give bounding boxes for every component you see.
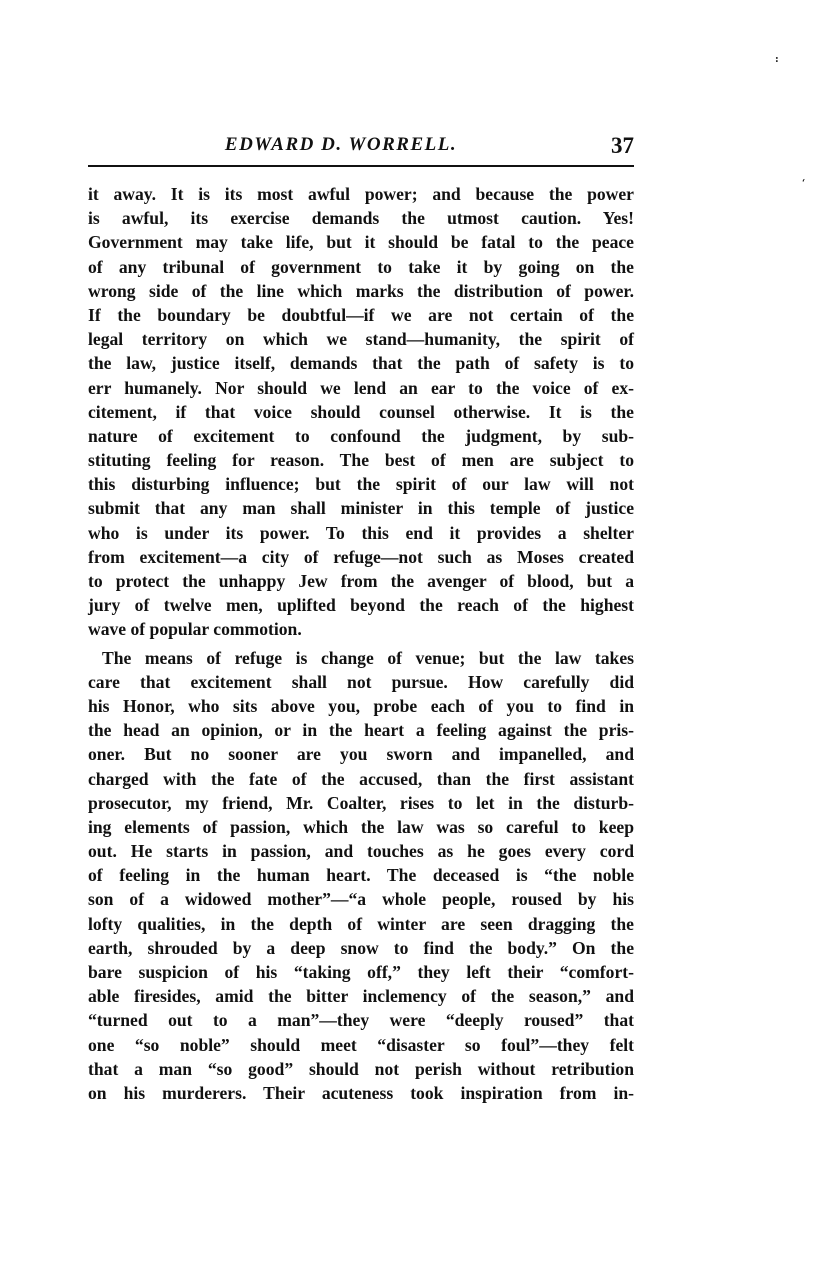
text-line: of any tribunal of government to take it…: [88, 255, 634, 279]
text-line: Government may take life, but it should …: [88, 230, 634, 254]
text-line: to protect the unhappy Jew from the aven…: [88, 569, 634, 593]
text-line: If the boundary be doubtful—if we are no…: [88, 303, 634, 327]
text-line: the law, justice itself, demands that th…: [88, 351, 634, 375]
text-line: it away. It is its most awful power; and…: [88, 182, 634, 206]
text-line: charged with the fate of the accused, th…: [88, 767, 634, 791]
text-line: from excitement—a city of refuge—not suc…: [88, 545, 634, 569]
stray-mark-top-right: :: [775, 54, 779, 65]
text-line: is awful, its exercise demands the utmos…: [88, 206, 634, 230]
text-line: legal territory on which we stand—humani…: [88, 327, 634, 351]
page-number: 37: [611, 133, 634, 159]
text-line: The means of refuge is change of venue; …: [88, 646, 634, 670]
text-line: wave of popular commotion.: [88, 617, 634, 641]
running-title: EDWARD D. WORRELL.: [88, 134, 634, 156]
text-line: out. He starts in passion, and touches a…: [88, 839, 634, 863]
stray-mark-margin: ʻ: [802, 179, 805, 189]
book-page: : ʻ EDWARD D. WORRELL. 37 it away. It is…: [0, 0, 836, 1284]
text-line: on his murderers. Their acuteness took i…: [88, 1081, 634, 1105]
text-line: who is under its power. To this end it p…: [88, 521, 634, 545]
text-line: “turned out to a man”—they were “deeply …: [88, 1008, 634, 1032]
text-line: nature of excitement to confound the jud…: [88, 424, 634, 448]
text-line: his Honor, who sits above you, probe eac…: [88, 694, 634, 718]
text-line: prosecutor, my friend, Mr. Coalter, rise…: [88, 791, 634, 815]
text-line: oner. But no sooner are you sworn and im…: [88, 742, 634, 766]
text-line: err humanely. Nor should we lend an ear …: [88, 376, 634, 400]
text-line: citement, if that voice should counsel o…: [88, 400, 634, 424]
page-header: EDWARD D. WORRELL. 37: [88, 134, 634, 164]
text-line: earth, shrouded by a deep snow to find t…: [88, 936, 634, 960]
text-line: care that excitement shall not pursue. H…: [88, 670, 634, 694]
body-text: it away. It is its most awful power; and…: [88, 182, 634, 1105]
text-line: son of a widowed mother”—“a whole people…: [88, 887, 634, 911]
text-line: submit that any man shall minister in th…: [88, 496, 634, 520]
paragraph-1: it away. It is its most awful power; and…: [88, 182, 634, 642]
text-line: jury of twelve men, uplifted beyond the …: [88, 593, 634, 617]
text-line: bare suspicion of his “taking off,” they…: [88, 960, 634, 984]
text-line: that a man “so good” should not perish w…: [88, 1057, 634, 1081]
text-line: the head an opinion, or in the heart a f…: [88, 718, 634, 742]
text-line: this disturbing influence; but the spiri…: [88, 472, 634, 496]
text-line: lofty qualities, in the depth of winter …: [88, 912, 634, 936]
text-line: of feeling in the human heart. The decea…: [88, 863, 634, 887]
text-line: wrong side of the line which marks the d…: [88, 279, 634, 303]
header-rule: [88, 165, 634, 167]
text-line: ing elements of passion, which the law w…: [88, 815, 634, 839]
text-line: able firesides, amid the bitter inclemen…: [88, 984, 634, 1008]
paragraph-2: The means of refuge is change of venue; …: [88, 646, 634, 1106]
text-line: one “so noble” should meet “disaster so …: [88, 1033, 634, 1057]
text-line: stituting feeling for reason. The best o…: [88, 448, 634, 472]
